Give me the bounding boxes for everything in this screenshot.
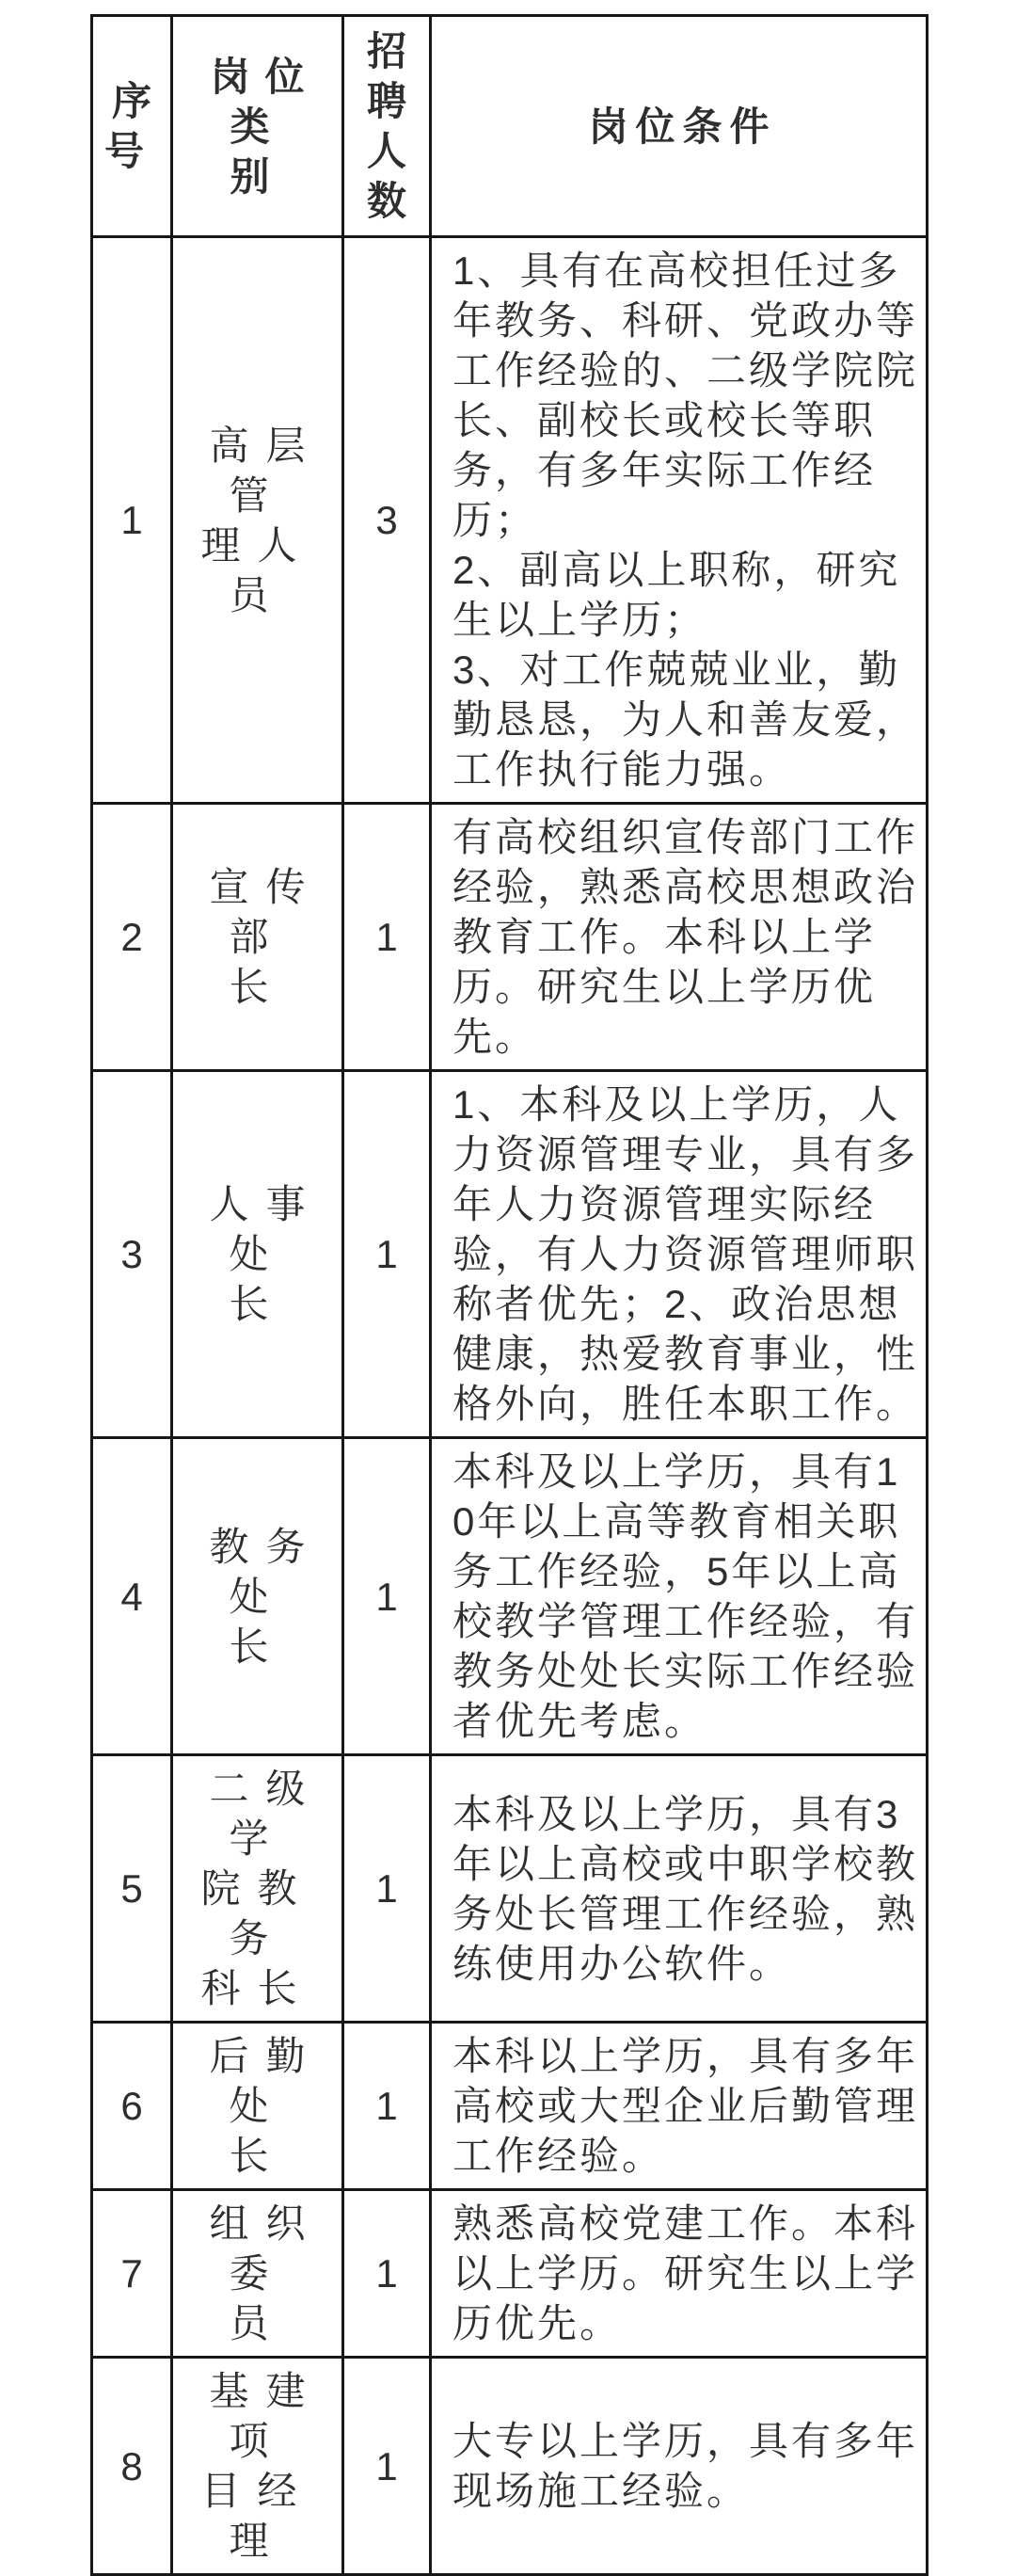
serial-number-cell: 5 bbox=[92, 1755, 172, 2023]
position-requirements-cell: 熟悉高校党建工作。本科 以上学历。研究生以上学 历优先。 bbox=[431, 2190, 928, 2358]
table-body: 1 高层管 理人员 3 1、具有在高校担任过多 年教务、科研、党政办等 工作经验… bbox=[92, 237, 928, 2575]
recruit-count-cell: 3 bbox=[343, 237, 431, 804]
table-row: 1 高层管 理人员 3 1、具有在高校担任过多 年教务、科研、党政办等 工作经验… bbox=[92, 237, 928, 804]
recruit-count-cell: 1 bbox=[343, 2023, 431, 2190]
recruit-count-cell: 1 bbox=[343, 1438, 431, 1755]
recruit-count-cell: 1 bbox=[343, 804, 431, 1071]
position-category-cell: 组织委 员 bbox=[172, 2190, 343, 2358]
recruitment-table-wrap: 序 号 岗位类 别 招 聘 人 数 岗位条件 1 高层管 理人员 3 1、具有在… bbox=[90, 14, 929, 2576]
table-row: 7 组织委 员 1 熟悉高校党建工作。本科 以上学历。研究生以上学 历优先。 bbox=[92, 2190, 928, 2358]
header-position-category: 岗位类 别 bbox=[172, 16, 343, 237]
position-category-cell: 教务处 长 bbox=[172, 1438, 343, 1755]
position-requirements-cell: 1、本科及以上学历，人 力资源管理专业，具有多 年人力资源管理实际经 验，有人力… bbox=[431, 1071, 928, 1438]
header-serial-number: 序 号 bbox=[92, 16, 172, 237]
recruitment-table: 序 号 岗位类 别 招 聘 人 数 岗位条件 1 高层管 理人员 3 1、具有在… bbox=[90, 14, 929, 2576]
serial-number-cell: 3 bbox=[92, 1071, 172, 1438]
serial-number-cell: 2 bbox=[92, 804, 172, 1071]
header-row: 序 号 岗位类 别 招 聘 人 数 岗位条件 bbox=[92, 16, 928, 237]
serial-number-cell: 7 bbox=[92, 2190, 172, 2358]
position-requirements-cell: 有高校组织宣传部门工作 经验，熟悉高校思想政治 教育工作。本科以上学 历。研究生… bbox=[431, 804, 928, 1071]
header-recruit-count: 招 聘 人 数 bbox=[343, 16, 431, 237]
serial-number-cell: 1 bbox=[92, 237, 172, 804]
table-row: 8 基建项 目经理 1 大专以上学历，具有多年 现场施工经验。 bbox=[92, 2358, 928, 2575]
recruit-count-cell: 1 bbox=[343, 2190, 431, 2358]
position-requirements-cell: 大专以上学历，具有多年 现场施工经验。 bbox=[431, 2358, 928, 2575]
position-requirements-cell: 本科以上学历，具有多年 高校或大型企业后勤管理 工作经验。 bbox=[431, 2023, 928, 2190]
table-row: 3 人事处 长 1 1、本科及以上学历，人 力资源管理专业，具有多 年人力资源管… bbox=[92, 1071, 928, 1438]
serial-number-cell: 4 bbox=[92, 1438, 172, 1755]
position-requirements-cell: 本科及以上学历，具有3 年以上高校或中职学校教 务处长管理工作经验，熟 练使用办… bbox=[431, 1755, 928, 2023]
table-row: 2 宣传部 长 1 有高校组织宣传部门工作 经验，熟悉高校思想政治 教育工作。本… bbox=[92, 804, 928, 1071]
table-row: 5 二级学 院教务 科长 1 本科及以上学历，具有3 年以上高校或中职学校教 务… bbox=[92, 1755, 928, 2023]
table-row: 4 教务处 长 1 本科及以上学历，具有1 0年以上高等教育相关职 务工作经验，… bbox=[92, 1438, 928, 1755]
position-category-cell: 基建项 目经理 bbox=[172, 2358, 343, 2575]
position-requirements-cell: 本科及以上学历，具有1 0年以上高等教育相关职 务工作经验，5年以上高 校教学管… bbox=[431, 1438, 928, 1755]
recruit-count-cell: 1 bbox=[343, 1071, 431, 1438]
position-category-cell: 高层管 理人员 bbox=[172, 237, 343, 804]
header-position-requirements: 岗位条件 bbox=[431, 16, 928, 237]
recruit-count-cell: 1 bbox=[343, 1755, 431, 2023]
position-category-cell: 后勤处 长 bbox=[172, 2023, 343, 2190]
serial-number-cell: 6 bbox=[92, 2023, 172, 2190]
position-category-cell: 宣传部 长 bbox=[172, 804, 343, 1071]
serial-number-cell: 8 bbox=[92, 2358, 172, 2575]
recruit-count-cell: 1 bbox=[343, 2358, 431, 2575]
position-requirements-cell: 1、具有在高校担任过多 年教务、科研、党政办等 工作经验的、二级学院院 长、副校… bbox=[431, 237, 928, 804]
table-row: 6 后勤处 长 1 本科以上学历，具有多年 高校或大型企业后勤管理 工作经验。 bbox=[92, 2023, 928, 2190]
position-category-cell: 人事处 长 bbox=[172, 1071, 343, 1438]
position-category-cell: 二级学 院教务 科长 bbox=[172, 1755, 343, 2023]
